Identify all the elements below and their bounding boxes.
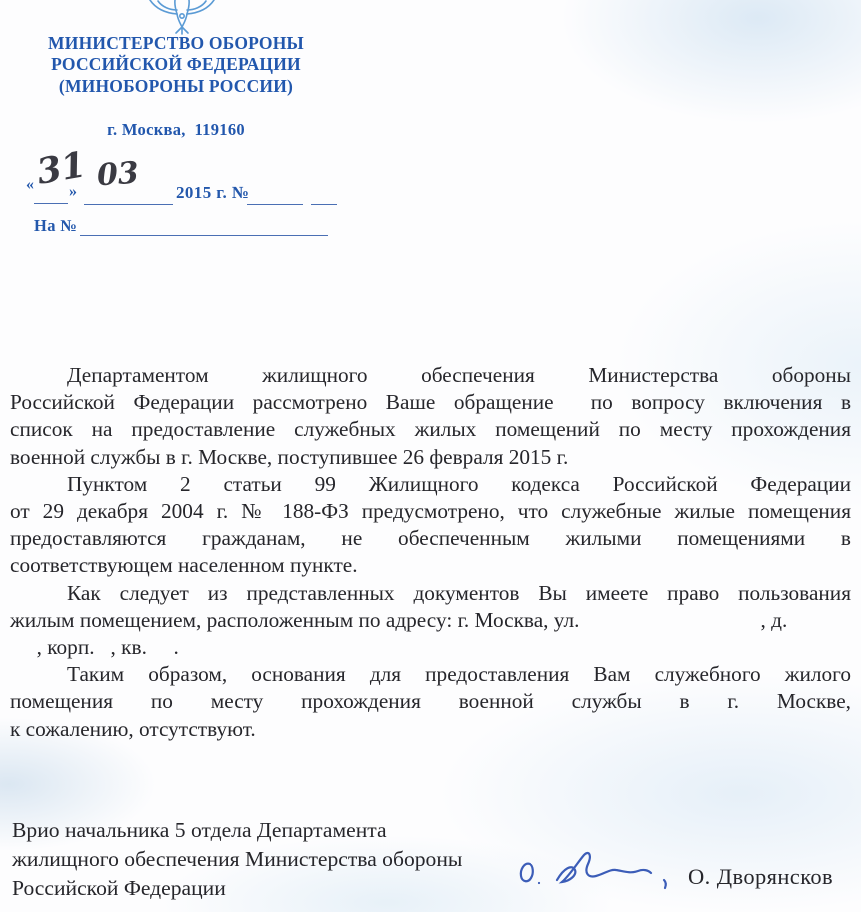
- russia-emblem-icon: [144, 0, 220, 35]
- signature-position-line: жилищного обеспечения Министерства оборо…: [12, 845, 512, 874]
- body-line: от 29 декабря 2004 г. № 188-ФЗ предусмот…: [10, 498, 851, 525]
- signer-name: О. Дворянсков: [688, 864, 833, 890]
- date-number-underline-2: [311, 204, 337, 205]
- date-month-underline: [84, 204, 173, 205]
- body-line: к сожалению, отсутствуют.: [10, 716, 851, 743]
- letterhead-address: г. Москва, 119160: [30, 120, 322, 140]
- handwritten-month: 03: [96, 156, 140, 194]
- date-year-number-label: 2015 г. №: [176, 183, 249, 203]
- body-line: Таким образом, основания для предоставле…: [10, 661, 851, 688]
- body-line: предоставляются гражданам, не обеспеченн…: [10, 525, 851, 552]
- date-close-quote: »: [69, 183, 77, 201]
- body-line: Пунктом 2 статьи 99 Жилищного кодекса Ро…: [10, 471, 851, 498]
- signature-position-block: Врио начальника 5 отдела Департамента жи…: [12, 816, 512, 902]
- body-line: военной службы в г. Москве, поступившее …: [10, 444, 851, 471]
- signature-position-line: Российской Федерации: [12, 874, 512, 903]
- body-line: , корп. , кв. .: [10, 634, 851, 661]
- org-line-1: МИНИСТЕРСТВО ОБОРОНЫ: [30, 33, 322, 54]
- org-line-2: РОССИЙСКОЙ ФЕДЕРАЦИИ: [30, 54, 322, 75]
- body-line: Российской Федерации рассмотрено Ваше об…: [10, 389, 851, 416]
- date-number-underline: [247, 204, 303, 205]
- letterhead-org-name: МИНИСТЕРСТВО ОБОРОНЫ РОССИЙСКОЙ ФЕДЕРАЦИ…: [30, 33, 322, 97]
- handwritten-signature: [512, 842, 682, 894]
- body-line: Департаментом жилищного обеспечения Мини…: [10, 362, 851, 389]
- date-open-quote: «: [26, 176, 34, 194]
- body-line: Как следует из представленных документов…: [10, 580, 851, 607]
- reference-underline: [80, 235, 328, 236]
- scanned-letter-page: МИНИСТЕРСТВО ОБОРОНЫ РОССИЙСКОЙ ФЕДЕРАЦИ…: [0, 0, 861, 912]
- reference-label: На №: [34, 216, 77, 236]
- date-day-underline: [34, 203, 68, 204]
- handwritten-day: 31: [34, 144, 89, 193]
- signature-position-line: Врио начальника 5 отдела Департамента: [12, 816, 512, 845]
- letter-body: Департаментом жилищного обеспечения Мини…: [10, 362, 851, 743]
- body-line: жилым помещением, расположенным по адрес…: [10, 607, 851, 634]
- body-line: список на предоставление служебных жилых…: [10, 416, 851, 443]
- org-line-3: (МИНОБОРОНЫ РОССИИ): [30, 76, 322, 97]
- body-line: помещения по месту прохождения военной с…: [10, 688, 851, 715]
- body-line: соответствующем населенном пункте.: [10, 552, 851, 579]
